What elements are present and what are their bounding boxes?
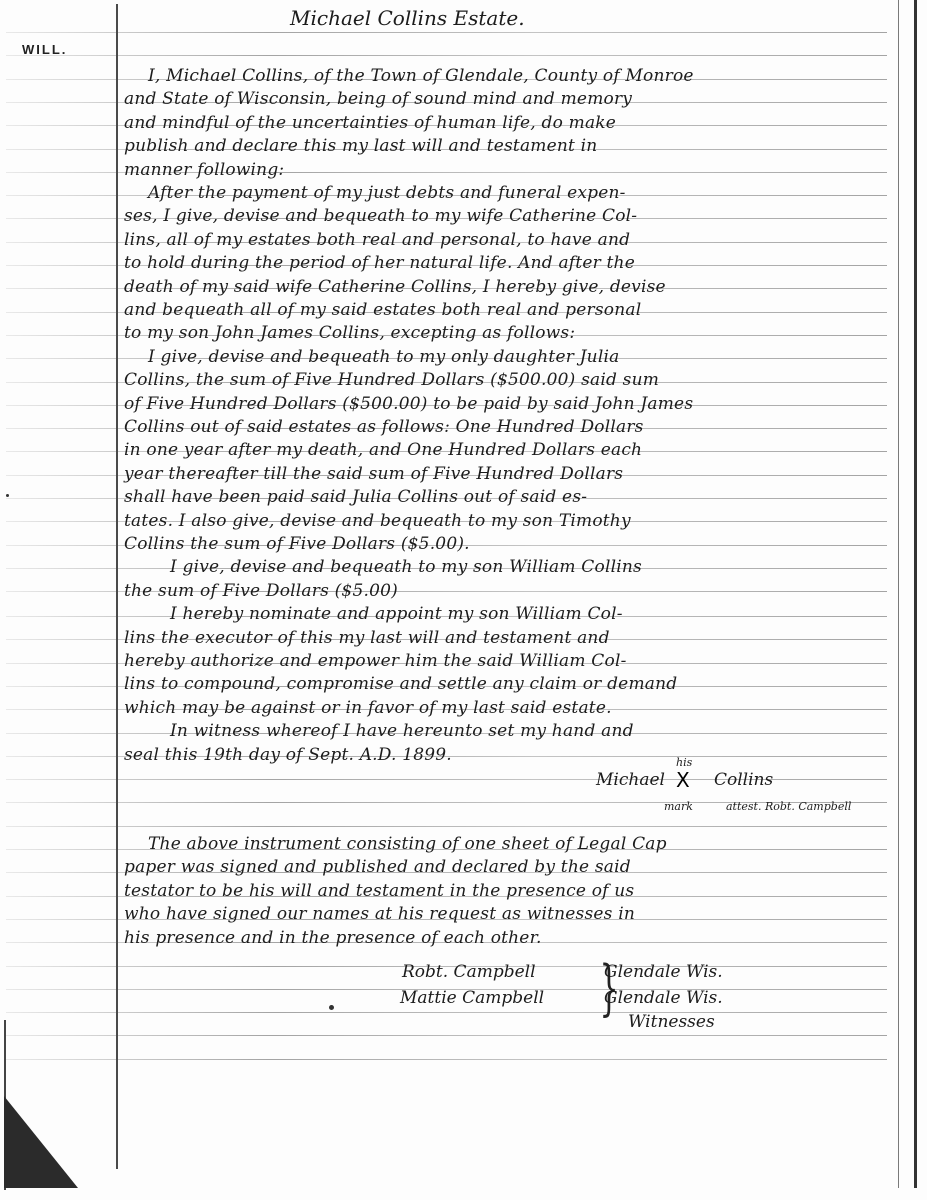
will-text-line: of Five Hundred Dollars ($500.00) to be … (124, 396, 894, 413)
ruled-line (6, 1035, 887, 1036)
witness-name-1: Robt. Campbell (402, 962, 536, 982)
will-text-line: hereby authorize and empower him the sai… (124, 653, 894, 670)
attestation-text-line: paper was signed and published and decla… (124, 859, 894, 876)
will-text-line: tates. I also give, devise and bequeath … (124, 513, 894, 530)
attestation-text-line: The above instrument consisting of one s… (124, 836, 918, 853)
witness-place-2: Glendale Wis. (604, 988, 723, 1008)
scan-corner-shadow (4, 1096, 78, 1188)
will-text-line: Collins, the sum of Five Hundred Dollars… (124, 372, 894, 389)
attestation-text-line: who have signed our names at his request… (124, 906, 894, 923)
will-text-line: In witness whereof I have hereunto set m… (124, 723, 927, 740)
margin-label-will: WILL. (22, 42, 67, 57)
signature-mark-x: X (676, 768, 690, 792)
right-margin-line-outer (914, 0, 917, 1188)
will-text-line: shall have been paid said Julia Collins … (124, 489, 894, 506)
attestation-text-line: testator to be his will and testament in… (124, 883, 894, 900)
stray-mark (6, 494, 9, 497)
will-text-line: manner following: (124, 162, 894, 179)
ruled-line (6, 32, 887, 33)
will-text-line: to hold during the period of her natural… (124, 255, 894, 272)
document-page: WILL. Michael Collins Estate. I, Michael… (0, 0, 927, 1200)
will-text-line: death of my said wife Catherine Collins,… (124, 279, 894, 296)
will-text-line: to my son John James Collins, excepting … (124, 325, 894, 342)
will-text-line: I hereby nominate and appoint my son Wil… (124, 606, 927, 623)
ruled-line (6, 55, 887, 56)
signature-attest: attest. Robt. Campbell (726, 800, 851, 813)
will-text-line: and bequeath all of my said estates both… (124, 302, 894, 319)
will-text-line: and mindful of the uncertainties of huma… (124, 115, 894, 132)
will-text-line: Collins the sum of Five Dollars ($5.00). (124, 536, 894, 553)
will-text-line: I give, devise and bequeath to my son Wi… (124, 559, 927, 576)
ruled-line (6, 826, 887, 827)
stray-mark (329, 1005, 334, 1010)
will-text-line: I, Michael Collins, of the Town of Glend… (124, 68, 918, 85)
right-margin-line-inner (898, 0, 899, 1188)
will-text-line: Collins out of said estates as follows: … (124, 419, 894, 436)
signature-first-name: Michael (596, 770, 665, 790)
ruled-line (6, 1059, 887, 1060)
will-text-line: seal this 19th day of Sept. A.D. 1899. (124, 747, 894, 764)
document-title: Michael Collins Estate. (290, 6, 525, 30)
witness-name-2: Mattie Campbell (400, 988, 544, 1008)
will-text-line: year thereafter till the said sum of Fiv… (124, 466, 894, 483)
will-text-line: which may be against or in favor of my l… (124, 700, 894, 717)
will-text-line: publish and declare this my last will an… (124, 138, 894, 155)
will-text-line: in one year after my death, and One Hund… (124, 442, 894, 459)
attestation-text-line: his presence and in the presence of each… (124, 930, 894, 947)
witness-place-1: Glendale Wis. (604, 962, 723, 982)
left-margin-line (116, 4, 118, 1169)
ruled-line (6, 1012, 887, 1013)
signature-mark-label: mark (664, 800, 693, 813)
will-text-line: ses, I give, devise and bequeath to my w… (124, 208, 894, 225)
will-text-line: lins, all of my estates both real and pe… (124, 232, 894, 249)
will-text-line: and State of Wisconsin, being of sound m… (124, 91, 894, 108)
will-text-line: After the payment of my just debts and f… (124, 185, 918, 202)
will-text-line: the sum of Five Dollars ($5.00) (124, 583, 894, 600)
will-text-line: lins the executor of this my last will a… (124, 630, 894, 647)
will-text-line: lins to compound, compromise and settle … (124, 676, 894, 693)
will-text-line: I give, devise and bequeath to my only d… (124, 349, 918, 366)
signature-last-name: Collins (714, 770, 773, 790)
witnesses-label: Witnesses (628, 1012, 715, 1032)
